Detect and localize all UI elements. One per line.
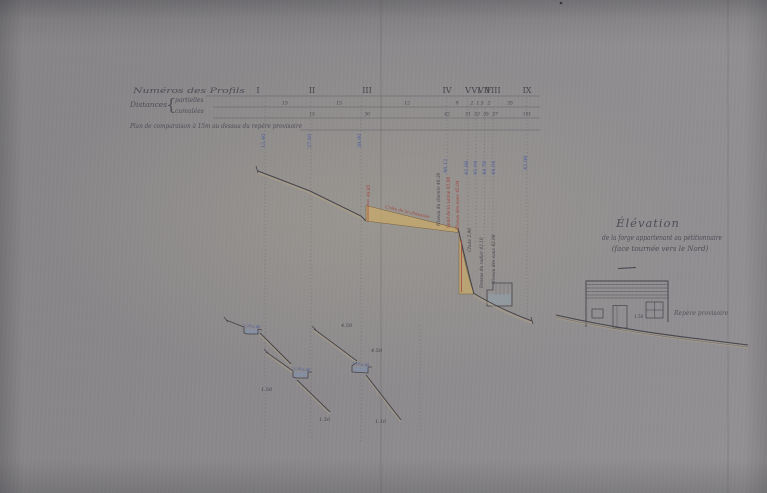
profil-numeral: I (256, 86, 259, 95)
elevation-subtitle: de la forge appartenant au pétitionnaire (602, 233, 722, 242)
blue-elevation: 45.88 (464, 161, 470, 175)
cumulees-label: cumulées (175, 108, 204, 115)
profile-annotation: Niveau du chemin 46.30 (437, 172, 442, 227)
blue-elevation: 44.70 (482, 161, 488, 175)
profile-annotation: Dessus du radier 43.10 (480, 237, 485, 289)
distances-partielles: 151512921.5235 (282, 101, 513, 107)
slope-shading (258, 173, 361, 218)
profile-annotation: Niveau des eaux 45.04 (456, 180, 461, 231)
section3-shading-in (314, 330, 357, 362)
elevation-title: Élévation (615, 216, 680, 230)
blue-elevation-figures: 15.4027.6039.8046.1245.8845.0444.7044.04… (261, 134, 529, 175)
profile-annotation: Niveau des eaux 42.08 (492, 234, 497, 285)
blue-elevation: 45.04 (473, 161, 479, 175)
chimney-mark (618, 268, 636, 269)
drawing-svg: Numéros des Profils Distances { partiell… (0, 0, 767, 493)
distances-cumulees: 15304251535557101 (309, 113, 531, 118)
blue-elevation: 15.40 (261, 134, 267, 148)
notch-figure: 1.20 (243, 323, 252, 328)
left-window (592, 309, 603, 318)
blue-elevation: 42.08 (523, 156, 529, 170)
distance-partielle: 15 (336, 101, 342, 107)
section1-bank (226, 320, 244, 327)
section3-bank (314, 329, 357, 361)
distance-cumulee: 30 (364, 113, 370, 118)
rotated-annotations: 46.85Crête de la chausséeNiveau du chemi… (367, 172, 497, 289)
notch-figure: 0.40 (252, 324, 261, 329)
section1-water-wash (245, 329, 258, 334)
distance-cumulee: 42 (443, 113, 450, 118)
distance-partielle: 15 (282, 101, 288, 107)
dimension-label: 4.50 (370, 348, 383, 354)
section3-slope (366, 375, 401, 420)
section2-slope (297, 380, 330, 412)
blue-elevation: 44.04 (491, 161, 497, 175)
elevation-subtitle2: (face tournée vers le Nord) (612, 245, 709, 253)
notch-figure: 1.20 (293, 366, 302, 371)
distance-partielle: 12 (404, 101, 410, 107)
window-cross (646, 302, 663, 318)
weir-hatching (496, 284, 508, 295)
distances-label: Distances (129, 100, 167, 109)
dimension-label: 1.50 (319, 417, 331, 423)
profil-numerals: IIIIIIIVVVIVIIVIIIIX (256, 86, 531, 95)
distance-cumulee: 57 (492, 113, 498, 118)
section3-shading-out (366, 376, 401, 421)
ground-line (556, 315, 748, 345)
section2-shading-out (297, 381, 330, 413)
repere-label: Repère provisoire (673, 310, 729, 317)
profil-numeral: II (309, 86, 315, 95)
photographed-drawing: Numéros des Profils Distances { partiell… (0, 0, 767, 493)
blue-elevation: 46.12 (443, 159, 449, 173)
profile-annotation: Seuil de la vanne 45.88 (447, 177, 452, 228)
dimension-label: 4.50 (340, 323, 353, 329)
distance-partielle: 1.5 (476, 101, 483, 107)
distance-partielle: 2 (470, 101, 474, 107)
dimension-label: 1.50 (261, 387, 273, 393)
blue-elevation: 27.60 (307, 134, 313, 148)
embankment-wedge (366, 206, 458, 233)
distance-cumulee: 101 (523, 113, 531, 118)
distance-cumulee: 53 (474, 113, 480, 118)
house-dimension: 1.50 (634, 314, 644, 319)
notch-figures: 1.200.401.200.401.100.45 (243, 323, 370, 372)
cross-sections (224, 317, 401, 421)
notch-figure: 0.45 (361, 362, 370, 367)
profils-label: Numéros des Profils (131, 87, 245, 95)
distance-partielle: 9 (456, 101, 459, 107)
door (613, 306, 627, 329)
section3-water-wash (353, 367, 368, 372)
profile-annotation: Chute 2.96 (468, 228, 473, 252)
distance-cumulee: 55 (483, 113, 489, 118)
profil-numeral: VIII (484, 86, 500, 95)
station-verticals (265, 98, 527, 442)
distance-partielle: 2 (487, 101, 491, 107)
distance-cumulee: 51 (465, 113, 471, 118)
dimension-label: 1.10 (375, 419, 387, 425)
notch-figure: 0.40 (302, 367, 311, 372)
section-tick (224, 317, 228, 322)
paper-speck (560, 2, 563, 5)
forge-elevation: Élévation de la forge appartenant au pét… (556, 216, 748, 347)
section2-water-wash (294, 372, 308, 377)
profil-numeral: III (362, 86, 371, 95)
notch-figure: 1.10 (352, 361, 361, 366)
profil-numeral: IV (443, 86, 452, 95)
profile-start-tick (256, 166, 258, 173)
partielles-label: partielles (175, 97, 204, 104)
distance-partielle: 35 (507, 101, 513, 107)
profil-numeral: V (464, 86, 471, 95)
plan-comparaison-label: Plan de comparaison à 15m au dessus du r… (129, 123, 302, 130)
blue-elevation: 39.80 (357, 134, 363, 148)
profil-numeral: IX (523, 86, 532, 95)
header-labels: Numéros des Profils Distances { partiell… (129, 87, 302, 130)
roof-band-lines (586, 285, 668, 299)
distance-cumulee: 15 (309, 113, 315, 118)
profile-annotation: 46.85 (367, 184, 372, 198)
